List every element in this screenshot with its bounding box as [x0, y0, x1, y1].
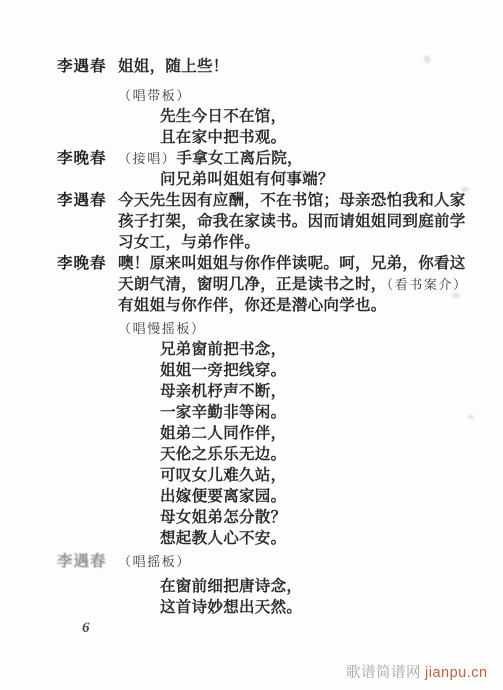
script-text: 姐弟二人同作伴， [160, 423, 286, 444]
speech-text: 可叹女儿难久站， [160, 467, 286, 484]
speech-text: 兄弟窗前把书念， [160, 341, 286, 358]
watermark-site-name: 歌谱简谱网 [346, 665, 421, 681]
speech-text: 先生今日不在馆， [160, 108, 286, 125]
script-row: 母女姐弟怎分散？ [0, 507, 503, 528]
script-row: 姐弟二人同作伴， [0, 423, 503, 444]
script-row: 天伦之乐乐无边。 [0, 444, 503, 465]
script-row: 一家辛勤非等闲。 [0, 402, 503, 423]
script-row: 有姐姐与你作伴，你还是潜心向学也。 [0, 295, 503, 316]
speech-text: 天朗气清，窗明几净，正是读书之时， [118, 276, 387, 293]
script-text: （接唱）手拿女工离后院， [118, 148, 303, 169]
script-row: 出嫁便要离家园。 [0, 486, 503, 507]
script-text: 母亲机杼声不断， [160, 381, 286, 402]
script-text: 姐姐，随上些！ [118, 56, 229, 77]
script-row: 姐姐一旁把线穿。 [0, 360, 503, 381]
script-text: 且在家中把书观。 [160, 127, 286, 148]
script-row: 李遇春（唱摇板） [0, 551, 503, 572]
script-row: 在窗前细把唐诗念， [0, 576, 503, 597]
speech-text: 习女工，与弟作伴。 [118, 234, 260, 251]
scan-speck [461, 187, 469, 192]
speaker-name: 李遇春 [57, 56, 118, 77]
scan-speck [424, 55, 430, 63]
stage-direction: （唱慢摇板） [118, 321, 206, 336]
script-text: 可叹女儿难久站， [160, 465, 286, 486]
script-text: 先生今日不在馆， [160, 106, 286, 127]
speech-text: 母亲机杼声不断， [160, 383, 286, 400]
page-number: 6 [82, 620, 90, 637]
speech-text: 姐姐一旁把线穿。 [160, 362, 286, 379]
speech-text: 姐姐，随上些！ [118, 58, 229, 75]
speech-text: 天伦之乐乐无边。 [160, 446, 286, 463]
script-text: 这首诗妙想出天然。 [160, 597, 302, 618]
script-text: 在窗前细把唐诗念， [160, 576, 302, 597]
speaker-name: 李遇春 [57, 190, 118, 211]
speech-text: 且在家中把书观。 [160, 129, 286, 146]
script-row: （唱带板） [0, 85, 503, 106]
script-row: 想起教人心不安。 [0, 528, 503, 549]
script-row: 兄弟窗前把书念， [0, 339, 503, 360]
script-text: 姐姐一旁把线穿。 [160, 360, 286, 381]
speaker-name: 李遇春 [57, 551, 118, 572]
script-row: 这首诗妙想出天然。 [0, 597, 503, 618]
script-text: 一家辛勤非等闲。 [160, 402, 286, 423]
script-row: 天朗气清，窗明几净，正是读书之时，（看书案介） [0, 274, 503, 295]
script-row: 李遇春今天先生因有应酬，不在书馆；母亲恐怕我和人家 [0, 190, 503, 211]
script-text: 孩子打架，命我在家读书。因而请姐姐同到庭前学 [118, 211, 466, 232]
scan-speck [299, 170, 309, 174]
watermark: 歌谱简谱网jianpu.cn [346, 661, 488, 682]
speech-text: 想起教人心不安。 [160, 530, 286, 547]
script-row: 李晚春噢！原来叫姐姐与你作伴读呢。呵，兄弟，你看这 [0, 253, 503, 274]
script-row: 习女工，与弟作伴。 [0, 232, 503, 253]
scanned-script-page: 李遇春姐姐，随上些！（唱带板）先生今日不在馆，且在家中把书观。李晚春（接唱）手拿… [0, 0, 503, 690]
script-text: 习女工，与弟作伴。 [118, 232, 260, 253]
stage-direction: （接唱） [118, 151, 176, 166]
script-text: 今天先生因有应酬，不在书馆；母亲恐怕我和人家 [118, 190, 466, 211]
script-text: 想起教人心不安。 [160, 528, 286, 549]
speech-text: 母女姐弟怎分散？ [160, 509, 286, 526]
script-row: 且在家中把书观。 [0, 127, 503, 148]
script-row: 可叹女儿难久站， [0, 465, 503, 486]
script-text: （唱带板） [118, 85, 191, 106]
scan-speck [468, 415, 474, 419]
script-text: 母女姐弟怎分散？ [160, 507, 286, 528]
script-text: （唱摇板） [118, 551, 191, 572]
script-text: 有姐姐与你作伴，你还是潜心向学也。 [118, 295, 387, 316]
speech-text: 今天先生因有应酬，不在书馆；母亲恐怕我和人家 [118, 192, 466, 209]
speech-text: 问兄弟叫姐姐有何事端？ [160, 171, 334, 188]
watermark-site-url: jianpu.cn [425, 665, 488, 681]
script-row: （唱慢摇板） [0, 318, 503, 339]
script-row: 先生今日不在馆， [0, 106, 503, 127]
stage-direction: （唱带板） [118, 88, 191, 103]
speech-text: 出嫁便要离家园。 [160, 488, 286, 505]
speaker-name: 李晚春 [57, 253, 118, 274]
script-row: 孩子打架，命我在家读书。因而请姐姐同到庭前学 [0, 211, 503, 232]
stage-direction: （看书案介） [387, 277, 468, 292]
speech-text: 有姐姐与你作伴，你还是潜心向学也。 [118, 297, 387, 314]
script-text: 天朗气清，窗明几净，正是读书之时，（看书案介） [118, 274, 468, 295]
stage-direction: （唱摇板） [118, 554, 191, 569]
script-row: 母亲机杼声不断， [0, 381, 503, 402]
script-text: 兄弟窗前把书念， [160, 339, 286, 360]
speech-text: 姐弟二人同作伴， [160, 425, 286, 442]
speech-text: 手拿女工离后院， [176, 150, 302, 167]
speech-text: 噢！原来叫姐姐与你作伴读呢。呵，兄弟，你看这 [118, 255, 466, 272]
speech-text: 一家辛勤非等闲。 [160, 404, 286, 421]
speaker-name: 李晚春 [57, 148, 118, 169]
script-text: 噢！原来叫姐姐与你作伴读呢。呵，兄弟，你看这 [118, 253, 466, 274]
scan-speck [452, 293, 460, 298]
speech-text: 孩子打架，命我在家读书。因而请姐姐同到庭前学 [118, 213, 466, 230]
script-lines: 李遇春姐姐，随上些！（唱带板）先生今日不在馆，且在家中把书观。李晚春（接唱）手拿… [0, 56, 503, 618]
script-row: 问兄弟叫姐姐有何事端？ [0, 169, 503, 190]
script-row: 李晚春（接唱）手拿女工离后院， [0, 148, 503, 169]
script-text: 出嫁便要离家园。 [160, 486, 286, 507]
script-text: （唱慢摇板） [118, 318, 206, 339]
script-text: 天伦之乐乐无边。 [160, 444, 286, 465]
speech-text: 这首诗妙想出天然。 [160, 599, 302, 616]
speech-text: 在窗前细把唐诗念， [160, 578, 302, 595]
